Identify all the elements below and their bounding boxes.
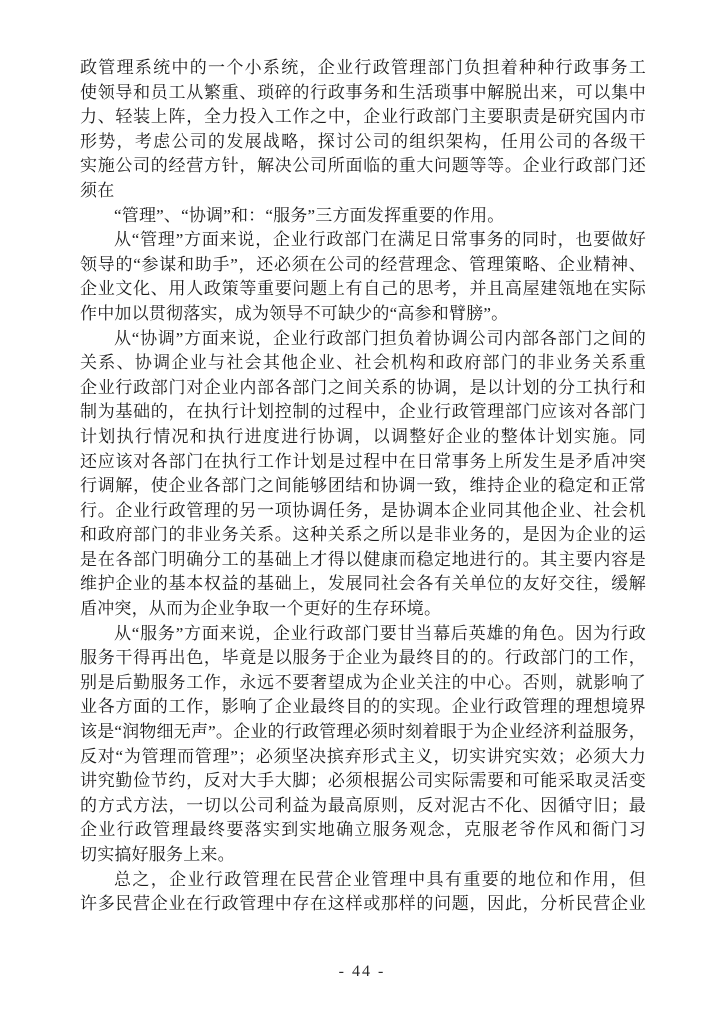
text-line: 别是后勤服务工作，永远不要奢望成为企业关注的中心。否则，就影响了企 — [80, 671, 646, 696]
text-line: 和政府部门的非业务关系。这种关系之所以是非业务的，是因为企业的运行 — [80, 523, 646, 548]
text-line: 许多民营企业在行政管理中存在这样或那样的问题，因此，分析民营企业在 — [80, 892, 646, 917]
text-line: 行。企业行政管理的另一项协调任务，是协调本企业同其他企业、社会机构 — [80, 499, 646, 524]
text-line: 的方式方法，一切以公司利益为最高原则，反对泥古不化、因循守旧；最后， — [80, 794, 646, 819]
text-line: 业各方面的工作，影响了企业最终目的的实现。企业行政管理的理想境界应 — [80, 695, 646, 720]
text-line: 使领导和员工从繁重、琐碎的行政事务和生活琐事中解脱出来，可以集中精 — [80, 81, 646, 106]
text-line: 关系、协调企业与社会其他企业、社会机构和政府部门的非业务关系重任， — [80, 351, 646, 376]
text-line: 企业行政部门对企业内部各部门之间关系的协调，是以计划的分工执行和控 — [80, 376, 646, 401]
text-line: 服务干得再出色，毕竟是以服务于企业为最终目的的。行政部门的工作，特 — [80, 646, 646, 671]
text-line: 从“管理”方面来说，企业行政部门在满足日常事务的同时，也要做好 — [80, 228, 646, 253]
paragraph: 从“管理”方面来说，企业行政部门在满足日常事务的同时，也要做好领导的“参谋和助手… — [80, 228, 646, 326]
text-line: 总之，企业行政管理在民营企业管理中具有重要的地位和作用，但是， — [80, 868, 646, 893]
page-number: - 44 - — [0, 963, 724, 981]
text-line: 制为基础的，在执行计划控制的过程中，企业行政管理部门应该对各部门的 — [80, 400, 646, 425]
text-line: 还应该对各部门在执行工作计划是过程中在日常事务上所发生是矛盾冲突进 — [80, 450, 646, 475]
text-line: 计划执行情况和执行进度进行协调，以调整好企业的整体计划实施。同时， — [80, 425, 646, 450]
text-line: 形势，考虑公司的发展战略，探讨公司的组织架构，任用公司的各级干部， — [80, 130, 646, 155]
text-line: 政管理系统中的一个小系统，企业行政管理部门负担着种种行政事务工作， — [80, 56, 646, 81]
text-line: 切实搞好服务上来。 — [80, 843, 646, 868]
paragraph: 总之，企业行政管理在民营企业管理中具有重要的地位和作用，但是，许多民营企业在行政… — [80, 868, 646, 917]
text-line: 讲究勤俭节约，反对大手大脚；必须根据公司实际需要和可能采取灵活变通 — [80, 769, 646, 794]
text-line: 维护企业的基本权益的基础上，发展同社会各有关单位的友好交往，缓解矛 — [80, 572, 646, 597]
text-line: 行调解，使企业各部门之间能够团结和协调一致，维持企业的稳定和正常运 — [80, 474, 646, 499]
text-line: “管理”、“协调”和：“服务”三方面发挥重要的作用。 — [80, 204, 646, 229]
page-text: 政管理系统中的一个小系统，企业行政管理部门负担着种种行政事务工作，使领导和员工从… — [80, 56, 646, 917]
paragraph: 从“协调”方面来说，企业行政部门担负着协调公司内部各部门之间的关系、协调企业与社… — [80, 327, 646, 622]
text-line: 须在 — [80, 179, 646, 204]
paragraph: “管理”、“协调”和：“服务”三方面发挥重要的作用。 — [80, 204, 646, 229]
text-line: 从“协调”方面来说，企业行政部门担负着协调公司内部各部门之间的 — [80, 327, 646, 352]
text-line: 是在各部门明确分工的基础上才得以健康而稳定地进行的。其主要内容是在 — [80, 548, 646, 573]
text-line: 企业文化、用人政策等重要问题上有自己的思考，并且高屋建瓴地在实际工 — [80, 277, 646, 302]
text-line: 该是“润物细无声”。企业的行政管理必须时刻着眼于为企业经济利益服务， — [80, 720, 646, 745]
text-line: 领导的“参谋和助手”，还必须在公司的经营理念、管理策略、企业精神、 — [80, 253, 646, 278]
text-line: 盾冲突，从而为企业争取一个更好的生存环境。 — [80, 597, 646, 622]
text-line: 力、轻装上阵，全力投入工作之中，企业行政部门主要职责是研究国内市场 — [80, 105, 646, 130]
text-line: 反对“为管理而管理”；必须坚决摈弃形式主义，切实讲究实效；必须大力 — [80, 745, 646, 770]
document-page: 政管理系统中的一个小系统，企业行政管理部门负担着种种行政事务工作，使领导和员工从… — [0, 0, 724, 1024]
paragraph: 政管理系统中的一个小系统，企业行政管理部门负担着种种行政事务工作，使领导和员工从… — [80, 56, 646, 204]
text-line: 作中加以贯彻落实，成为领导不可缺少的“高参和臂膀”。 — [80, 302, 646, 327]
text-line: 从“服务”方面来说，企业行政部门要甘当幕后英雄的角色。因为行政 — [80, 622, 646, 647]
text-line: 企业行政管理最终要落实到实地确立服务观念，克服老爷作风和衙门习气， — [80, 818, 646, 843]
text-line: 实施公司的经营方针，解决公司所面临的重大问题等等。企业行政部门还必 — [80, 154, 646, 179]
paragraph: 从“服务”方面来说，企业行政部门要甘当幕后英雄的角色。因为行政服务干得再出色，毕… — [80, 622, 646, 868]
